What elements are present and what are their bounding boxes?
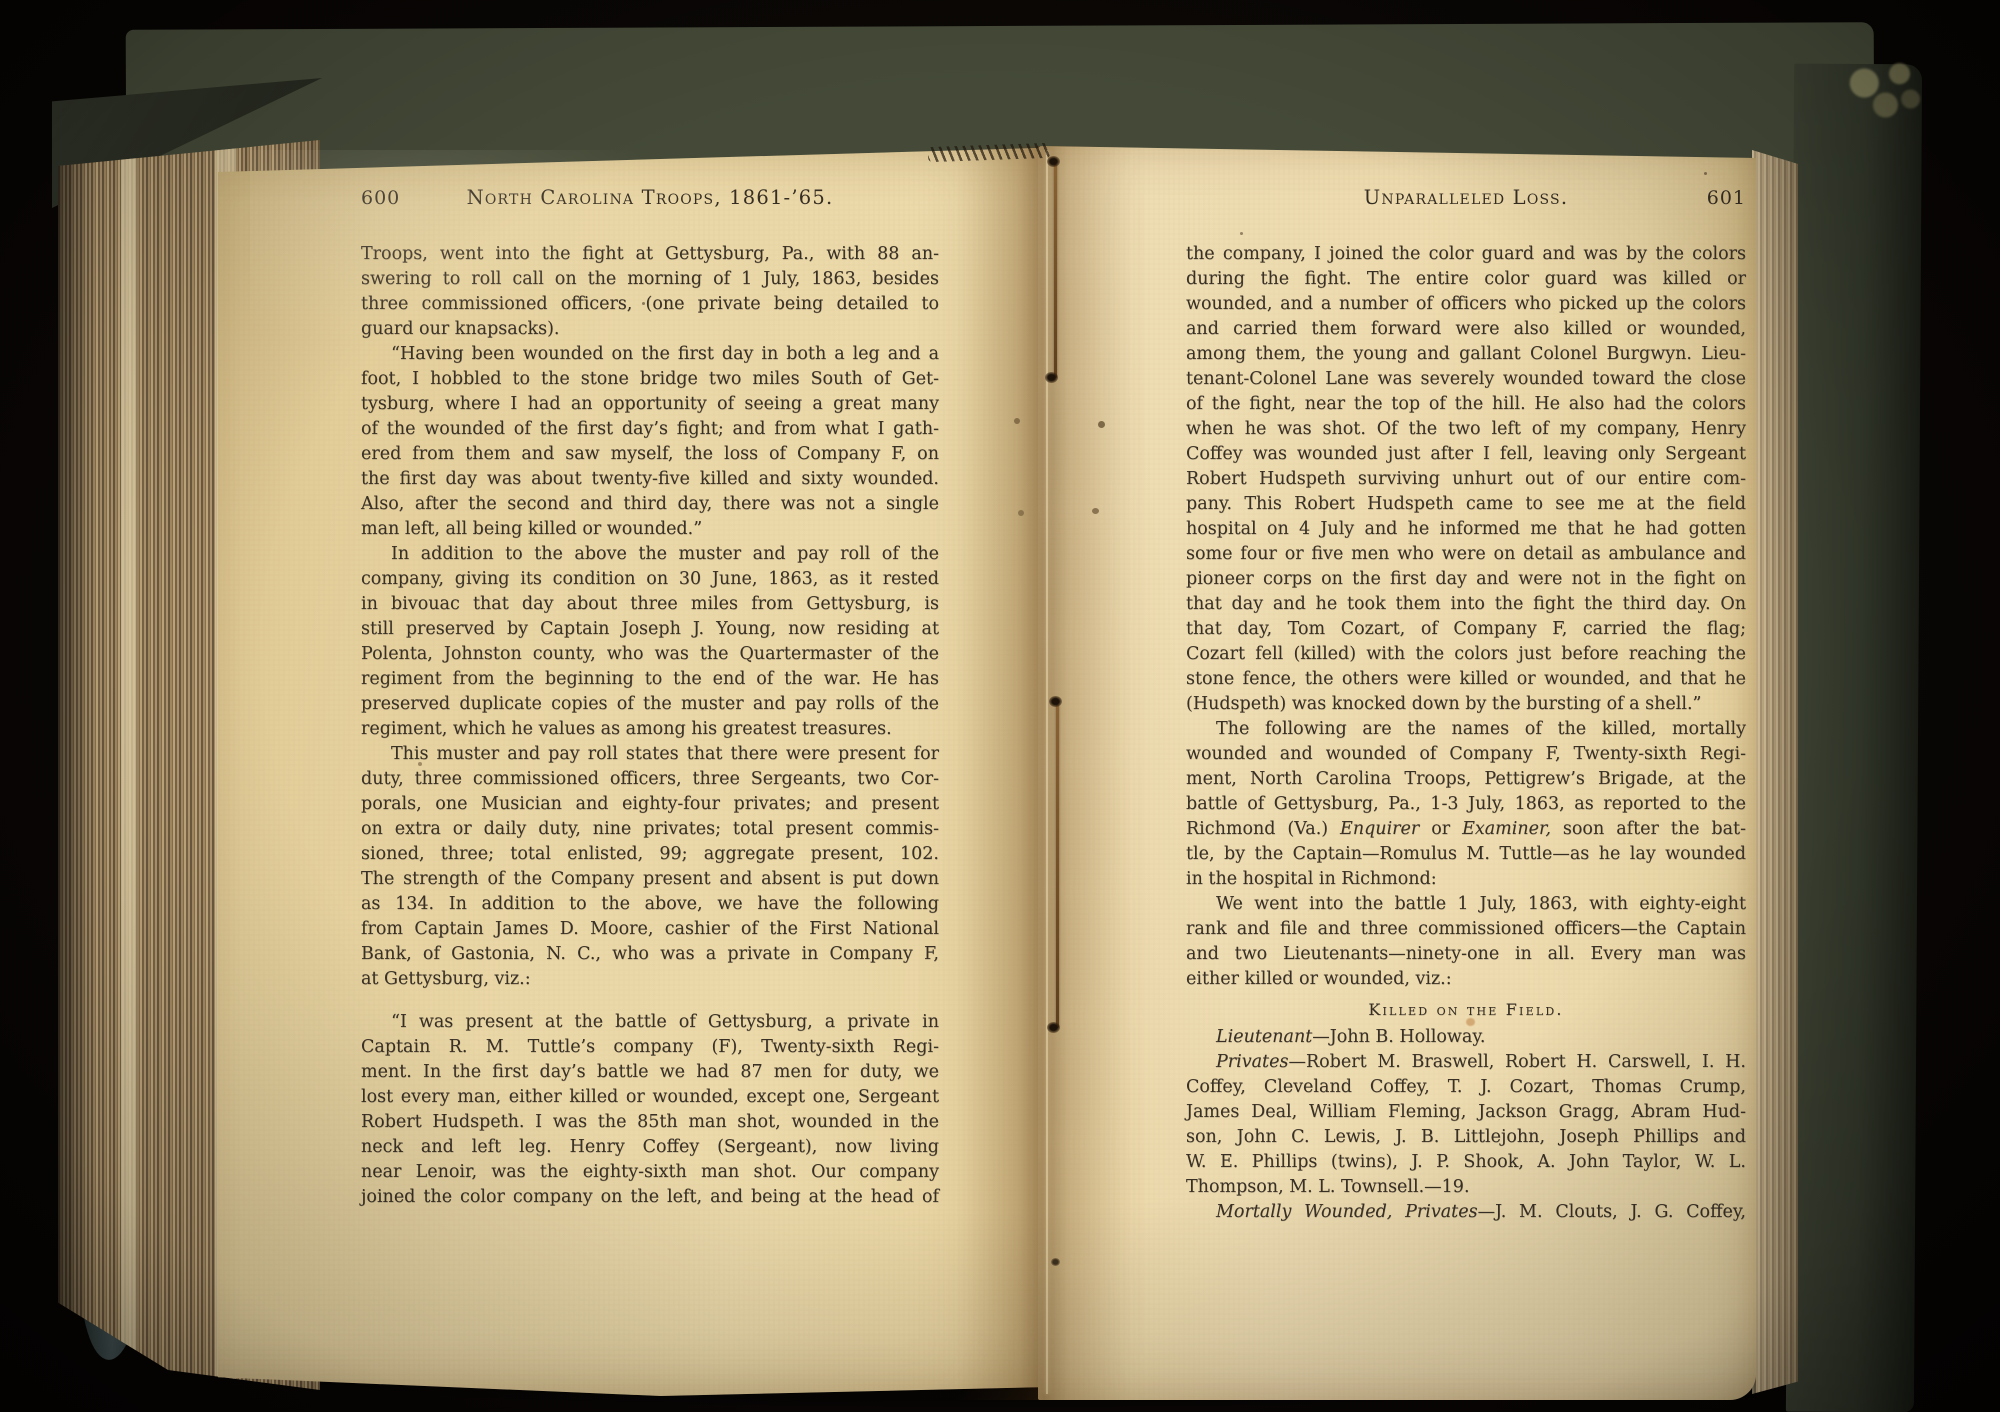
text-line: in bivouac that day about three miles fr… [361, 592, 939, 617]
text-line: Also, after the second and third day, th… [361, 492, 939, 517]
text-line: and two Lieutenants—ninety-one in all. E… [1186, 942, 1746, 967]
text-line: Coffey was wounded just after I fell, le… [1186, 442, 1746, 467]
stitch-hole [1047, 156, 1060, 167]
text-line: joined the color company on the left, an… [361, 1185, 939, 1210]
text-line: of the wounded of the first day’s fight;… [361, 417, 939, 442]
text-line: lost every man, either killed or wounded… [361, 1085, 939, 1110]
left-page-text: 600 North Carolina Troops, 1861-’65. Tro… [361, 186, 939, 1210]
text-line: tle, by the Captain—Romulus M. Tuttle—as… [1186, 842, 1746, 867]
text-line: tenant-Colonel Lane was severely wounded… [1186, 367, 1746, 392]
text-line: neck and left leg. Henry Coffey (Sergean… [361, 1135, 939, 1160]
right-page: Unparalleled Loss. 601 the company, I jo… [1038, 146, 1756, 1400]
text-line: ered from them and saw myself, the loss … [361, 442, 939, 467]
text-line: Robert Hudspeth. I was the 85th man shot… [361, 1110, 939, 1135]
right-page-body: the company, I joined the color guard an… [1186, 242, 1746, 1225]
text-line: that day, Tom Cozart, of Company F, carr… [1186, 617, 1746, 642]
text-line: duty, three commissioned officers, three… [361, 767, 939, 792]
text-line: stone fence, the others were killed or w… [1186, 667, 1746, 692]
text-line: Lieutenant—John B. Holloway. [1186, 1025, 1746, 1050]
text-line: some four or five men who were on detail… [1186, 542, 1746, 567]
text-line: Richmond (Va.) Enquirer or Examiner, soo… [1186, 817, 1746, 842]
text-line: hospital on 4 July and he informed me th… [1186, 517, 1746, 542]
text-line: (Hudspeth) was knocked down by the burst… [1186, 692, 1746, 717]
left-running-head: North Carolina Troops, 1861-’65. [467, 186, 834, 209]
text-line: man left, all being killed or wounded.” [361, 517, 939, 542]
text-line: battle of Gettysburg, Pa., 1-3 July, 186… [1186, 792, 1746, 817]
text-line: pany. This Robert Hudspeth came to see m… [1186, 492, 1746, 517]
open-book-photo: 600 North Carolina Troops, 1861-’65. Tro… [0, 0, 2000, 1412]
text-line: Mortally Wounded, Privates—J. M. Clouts,… [1186, 1200, 1746, 1225]
text-line: W. E. Phillips (twins), J. P. Shook, A. … [1186, 1150, 1746, 1175]
text-line: near Lenoir, was the eighty-sixth man sh… [361, 1160, 939, 1185]
text-line: ment, North Carolina Troops, Pettigrew’s… [1186, 767, 1746, 792]
text-line: “Having been wounded on the first day in… [361, 342, 939, 367]
text-line: This muster and pay roll states that the… [361, 742, 939, 767]
text-line: foot, I hobbled to the stone bridge two … [361, 367, 939, 392]
text-line: Robert Hudspeth surviving unhurt out of … [1186, 467, 1746, 492]
text-line: wounded and wounded of Company F, Twenty… [1186, 742, 1746, 767]
text-line: rank and file and three commissioned off… [1186, 917, 1746, 942]
book-cover-right-board [1786, 64, 1922, 1412]
text-line: company, giving its condition on 30 June… [361, 567, 939, 592]
text-line: Troops, went into the fight at Gettysbur… [361, 242, 939, 267]
left-page-body: Troops, went into the fight at Gettysbur… [361, 242, 939, 1210]
text-line: on extra or daily duty, nine privates; t… [361, 817, 939, 842]
binding-thread [1054, 164, 1057, 378]
text-line: as 134. In addition to the above, we hav… [361, 892, 939, 917]
text-line: The strength of the Company present and … [361, 867, 939, 892]
text-line: Coffey, Cleveland Coffey, T. J. Cozart, … [1186, 1075, 1746, 1100]
left-page: 600 North Carolina Troops, 1861-’65. Tro… [218, 148, 1038, 1396]
text-line: at Gettysburg, viz.: [361, 967, 939, 992]
stitch-hole [1047, 1022, 1060, 1033]
text-line: ment. In the first day’s battle we had 8… [361, 1060, 939, 1085]
right-page-header: Unparalleled Loss. 601 [1186, 186, 1746, 212]
text-line: preserved duplicate copies of the muster… [361, 692, 939, 717]
right-page-number: 601 [1707, 187, 1746, 209]
text-line: wounded, and a number of officers who pi… [1186, 292, 1746, 317]
text-line: Killed on the Field. [1186, 997, 1746, 1022]
left-page-header: 600 North Carolina Troops, 1861-’65. [361, 186, 939, 212]
text-line: three commissioned officers, (one privat… [361, 292, 939, 317]
text-line: Bank, of Gastonia, N. C., who was a priv… [361, 942, 939, 967]
text-line: among them, the young and gallant Colone… [1186, 342, 1746, 367]
text-line: that day and he took them into the fight… [1186, 592, 1746, 617]
text-line: Thompson, M. L. Townsell.—19. [1186, 1175, 1746, 1200]
text-line: “I was present at the battle of Gettysbu… [361, 1010, 939, 1035]
text-line: pioneer corps on the first day and were … [1186, 567, 1746, 592]
text-line: sioned, three; total enlisted, 99; aggre… [361, 842, 939, 867]
stitch-hole [1045, 372, 1058, 383]
text-line: Polenta, Johnston county, who was the Qu… [361, 642, 939, 667]
text-line: In addition to the above the muster and … [361, 542, 939, 567]
worn-cover-corner [1828, 42, 1936, 148]
text-line: James Deal, William Fleming, Jackson Gra… [1186, 1100, 1746, 1125]
text-line: during the fight. The entire color guard… [1186, 267, 1746, 292]
left-page-number: 600 [361, 187, 400, 209]
text-line: Privates—Robert M. Braswell, Robert H. C… [1186, 1050, 1746, 1075]
text-line: the company, I joined the color guard an… [1186, 242, 1746, 267]
right-running-head: Unparalleled Loss. [1364, 186, 1569, 209]
stitch-hole [1051, 1258, 1060, 1266]
text-line: Cozart fell (killed) with the colors jus… [1186, 642, 1746, 667]
right-page-edge-stack [1752, 150, 1798, 1394]
text-line: still preserved by Captain Joseph J. You… [361, 617, 939, 642]
text-line: of the fight, near the top of the hill. … [1186, 392, 1746, 417]
text-line: son, John C. Lewis, J. B. Littlejohn, Jo… [1186, 1125, 1746, 1150]
text-line: when he was shot. Of the two left of my … [1186, 417, 1746, 442]
text-line: either killed or wounded, viz.: [1186, 967, 1746, 992]
text-line: regiment from the beginning to the end o… [361, 667, 939, 692]
text-line: regiment, which he values as among his g… [361, 717, 939, 742]
text-line: in the hospital in Richmond: [1186, 867, 1746, 892]
text-line: tysburg, where I had an opportunity of s… [361, 392, 939, 417]
text-line: from Captain James D. Moore, cashier of … [361, 917, 939, 942]
text-line: The following are the names of the kille… [1186, 717, 1746, 742]
text-line: porals, one Musician and eighty-four pri… [361, 792, 939, 817]
text-line: swering to roll call on the morning of 1… [361, 267, 939, 292]
text-line: the first day was about twenty-five kill… [361, 467, 939, 492]
text-line: guard our knapsacks). [361, 317, 939, 342]
text-line: Captain R. M. Tuttle’s company (F), Twen… [361, 1035, 939, 1060]
right-page-text: Unparalleled Loss. 601 the company, I jo… [1186, 186, 1746, 1225]
stitch-hole [1049, 696, 1062, 707]
text-line: and carried them forward were also kille… [1186, 317, 1746, 342]
binding-thread [1056, 704, 1059, 1028]
text-line: We went into the battle 1 July, 1863, wi… [1186, 892, 1746, 917]
